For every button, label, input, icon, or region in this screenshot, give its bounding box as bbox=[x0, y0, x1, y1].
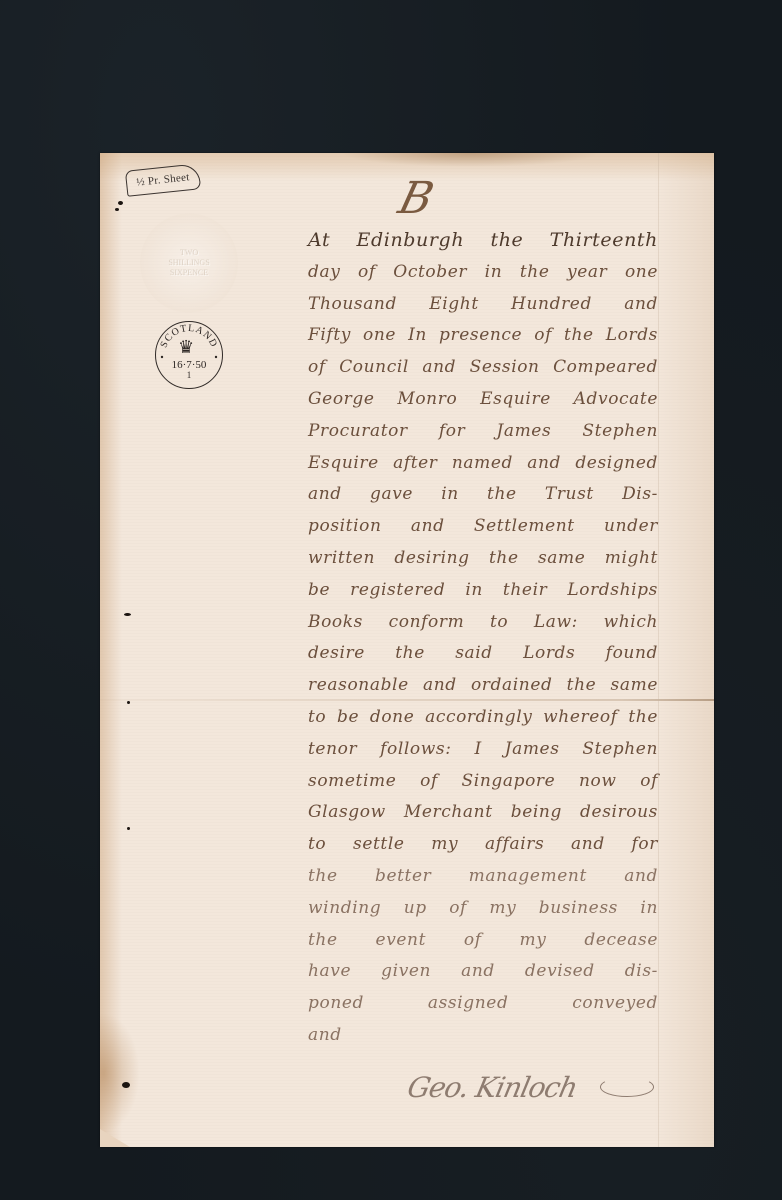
signature: Geo. Kinloch bbox=[404, 1071, 580, 1104]
emboss-line: SIXPENCE bbox=[170, 268, 208, 278]
signature-flourish bbox=[600, 1077, 654, 1097]
embossed-duty-stamp: TWO SHILLINGS SIXPENCE bbox=[140, 213, 238, 313]
text-line: Glasgow Merchant being desirous bbox=[308, 797, 658, 829]
text-line: Thousand Eight Hundred and bbox=[308, 289, 658, 321]
text-line: tenor follows: I James Stephen bbox=[308, 734, 658, 766]
text-line: desire the said Lords found bbox=[308, 638, 658, 670]
text-line: Fifty one In presence of the Lords bbox=[308, 320, 658, 352]
handwritten-text: At Edinburgh the Thirteenth day of Octob… bbox=[308, 225, 658, 1052]
half-sheet-stamp-text: ½ Pr. Sheet bbox=[136, 171, 190, 189]
text-line: George Monro Esquire Advocate bbox=[308, 384, 658, 416]
pin-hole bbox=[118, 201, 123, 205]
text-line: written desiring the same might bbox=[308, 543, 658, 575]
text-line: day of October in the year one bbox=[308, 257, 658, 289]
emboss-line: SHILLINGS bbox=[168, 258, 209, 268]
vertical-fold-line bbox=[658, 153, 659, 1147]
postmark-number: 1 bbox=[156, 371, 222, 380]
crown-icon: ♛ bbox=[178, 338, 194, 356]
pin-hole bbox=[127, 827, 130, 830]
text-line: winding up of my business in bbox=[308, 893, 658, 925]
text-line: and bbox=[308, 1020, 658, 1052]
water-stain bbox=[100, 1013, 140, 1133]
pin-hole bbox=[124, 613, 131, 616]
text-line: position and Settlement under bbox=[308, 511, 658, 543]
text-line: sometime of Singapore now of bbox=[308, 766, 658, 798]
text-line: At Edinburgh the Thirteenth bbox=[308, 225, 658, 257]
text-line: and gave in the Trust Dis- bbox=[308, 479, 658, 511]
text-line: of Council and Session Compeared bbox=[308, 352, 658, 384]
emboss-line: TWO bbox=[180, 248, 198, 258]
text-line: the event of my decease bbox=[308, 925, 658, 957]
pin-hole bbox=[127, 701, 130, 704]
document-page: ½ Pr. Sheet TWO SHILLINGS SIXPENCE SCOTL… bbox=[100, 153, 714, 1147]
text-line: Books conform to Law: which bbox=[308, 607, 658, 639]
text-line: Esquire after named and designed bbox=[308, 448, 658, 480]
text-line: be registered in their Lordships bbox=[308, 575, 658, 607]
text-line: the better management and bbox=[308, 861, 658, 893]
docket-letter: B bbox=[394, 173, 439, 224]
text-line: to settle my affairs and for bbox=[308, 829, 658, 861]
text-line: Procurator for James Stephen bbox=[308, 416, 658, 448]
text-line: poned assigned conveyed bbox=[308, 988, 658, 1020]
text-line: reasonable and ordained the same bbox=[308, 670, 658, 702]
folded-corner bbox=[100, 1129, 130, 1147]
scotland-postmark: SCOTLAND ♛ 16·7·50 1 bbox=[155, 321, 223, 389]
pin-hole bbox=[115, 208, 119, 211]
half-sheet-stamp: ½ Pr. Sheet bbox=[125, 163, 201, 197]
pin-hole bbox=[122, 1082, 130, 1088]
text-line: have given and devised dis- bbox=[308, 956, 658, 988]
text-line: to be done accordingly whereof the bbox=[308, 702, 658, 734]
